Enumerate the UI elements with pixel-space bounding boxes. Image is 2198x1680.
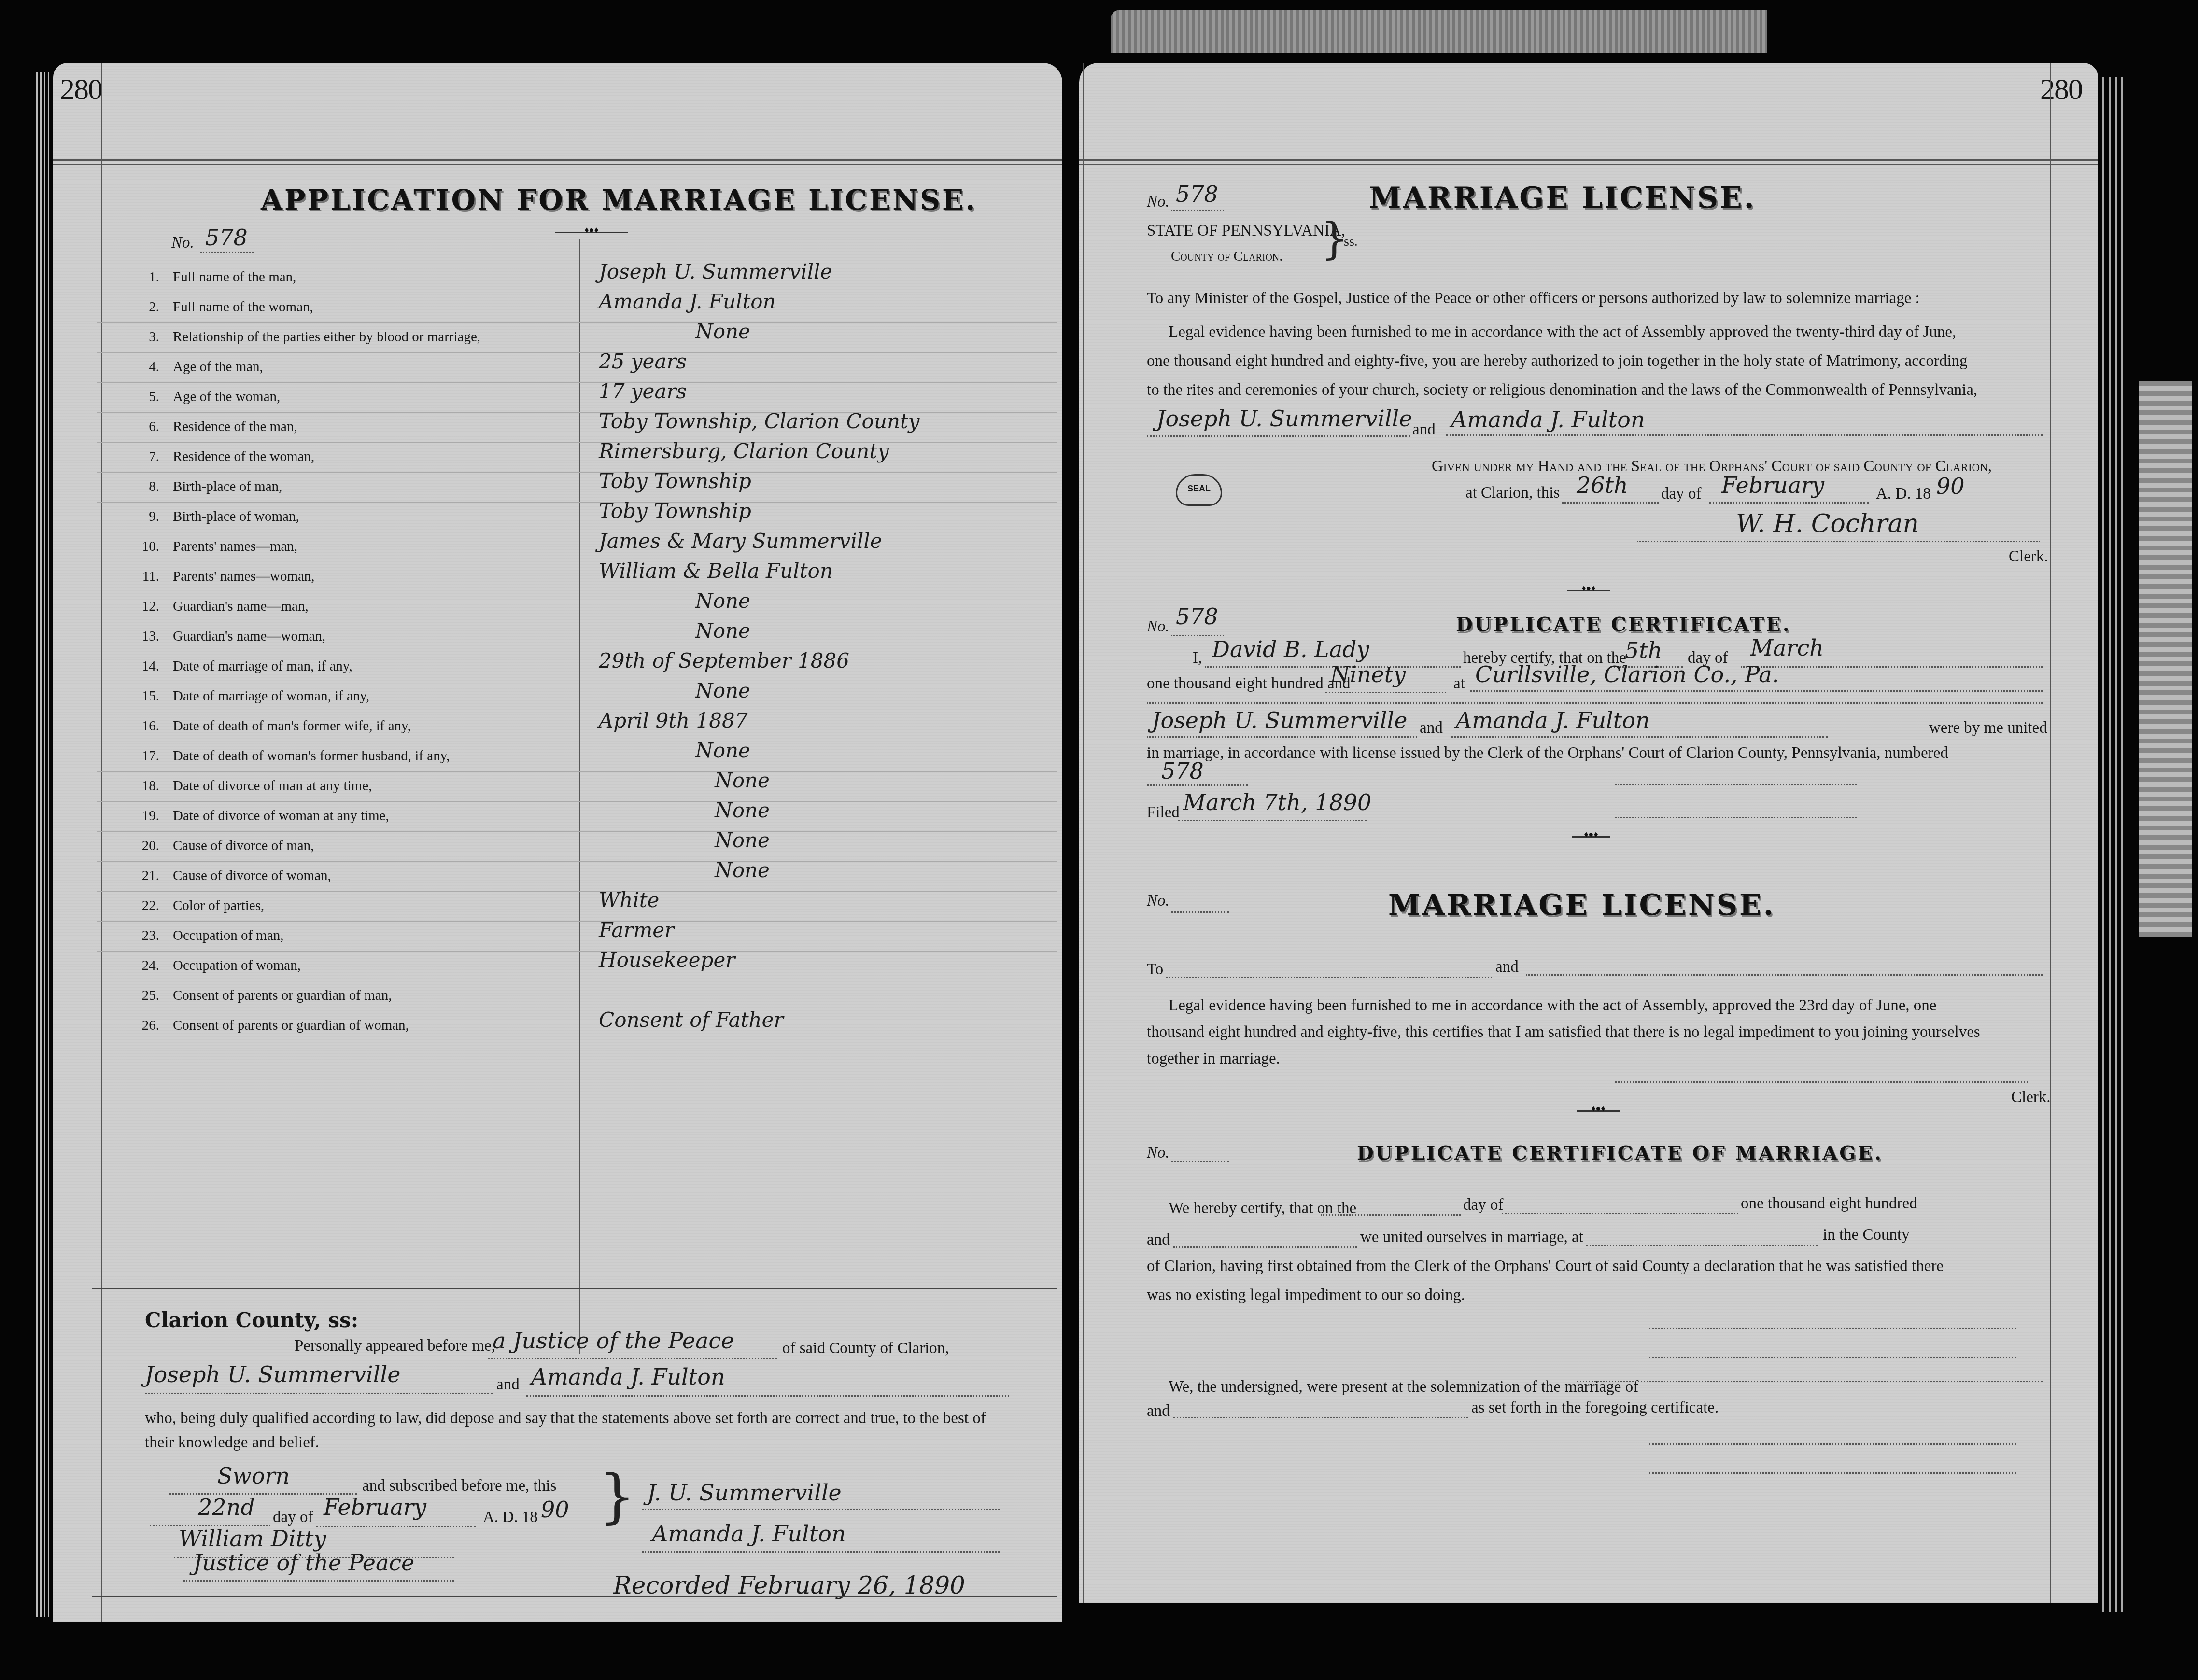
dotted-line (1709, 502, 1869, 504)
ruled-line (97, 1011, 1057, 1011)
affidavit-day: 22nd (198, 1494, 255, 1520)
and-label: and (1420, 719, 1443, 737)
question-answer: 17 years (599, 379, 687, 403)
dotted-line (526, 1395, 1009, 1397)
license-no-label: No. (1147, 193, 1169, 211)
dotted-line (1649, 1472, 2016, 1474)
header-rule (53, 159, 1062, 165)
question-number: 24. (126, 958, 159, 974)
dotted-line (1615, 784, 1857, 785)
dotted-line (1171, 210, 1224, 211)
blank-cert-line2a: and (1147, 1231, 1170, 1249)
subscribed-label: and subscribed before me, this (362, 1477, 556, 1495)
license-year: 90 (1936, 473, 1965, 499)
question-answer: None (695, 320, 750, 343)
dup-title: Duplicate Certificate. (1456, 613, 1791, 636)
question-answer: None (695, 619, 750, 643)
question-row: 15.Date of marriage of woman, if any,Non… (53, 685, 1062, 714)
question-number: 16. (126, 718, 159, 734)
license-title: Marriage License. (1369, 181, 1756, 215)
question-row: 1.Full name of the man,Joseph U. Summerv… (53, 266, 1062, 295)
question-number: 5. (126, 389, 159, 405)
question-label: Consent of parents or guardian of woman, (173, 1018, 409, 1033)
appeared-value: a Justice of the Peace (493, 1328, 734, 1354)
question-row: 6.Residence of the man,Toby Township, Cl… (53, 415, 1062, 445)
question-answer: Toby Township, Clarion County (599, 409, 920, 433)
question-label: Date of death of woman's former husband,… (173, 748, 450, 764)
question-number: 12. (126, 599, 159, 615)
question-row: 3.Relationship of the parties either by … (53, 325, 1062, 355)
question-label: Parents' names—man, (173, 539, 297, 554)
dotted-line (1615, 817, 1857, 818)
question-answer: Joseph U. Summerville (599, 260, 832, 283)
officiant-name: David B. Lady (1212, 636, 1369, 662)
question-number: 26. (126, 1018, 159, 1034)
dup-number: 578 (1176, 603, 1218, 630)
dotted-line (1649, 1328, 2016, 1329)
license-address: To any Minister of the Gospel, Justice o… (1147, 290, 1920, 308)
question-answer: Consent of Father (599, 1008, 784, 1032)
question-answer: None (695, 589, 750, 613)
signature-brace: } (599, 1468, 635, 1526)
question-label: Guardian's name—man, (173, 599, 309, 614)
question-row: 4.Age of the man,25 years (53, 355, 1062, 385)
of-county-label: of said County of Clarion, (782, 1340, 949, 1358)
ruled-line (97, 981, 1057, 981)
ruled-line (97, 442, 1057, 443)
license-day: 26th (1577, 472, 1628, 498)
question-row: 9.Birth-place of woman,Toby Township (53, 505, 1062, 535)
dotted-line (200, 252, 254, 253)
dotted-line (1451, 736, 1828, 738)
question-answer: Amanda J. Fulton (599, 290, 776, 313)
filed-value: March 7th, 1890 (1183, 789, 1371, 815)
question-label: Consent of parents or guardian of man, (173, 988, 392, 1003)
question-answer: None (695, 679, 750, 702)
affidavit-month: February (324, 1494, 426, 1520)
blank-cert-line2c: in the County (1823, 1226, 1910, 1244)
question-row: 7.Residence of the woman,Rimersburg, Cla… (53, 445, 1062, 475)
question-label: Age of the woman, (173, 389, 280, 405)
blank-license-body-2: thousand eight hundred and eighty-five, … (1147, 1023, 1980, 1041)
question-label: Date of divorce of man at any time, (173, 778, 372, 794)
section-rule (92, 1288, 1057, 1289)
application-no-label: No. (171, 234, 194, 252)
blank-license-body-1: Legal evidence having been furnished to … (1169, 997, 1936, 1015)
filed-label: Filed (1147, 804, 1180, 822)
question-answer: Rimersburg, Clarion County (599, 439, 889, 463)
dup-place: Curllsville, Clarion Co., Pa. (1475, 661, 1779, 687)
question-row: 25.Consent of parents or guardian of man… (53, 984, 1062, 1014)
accordance-line: in marriage, in accordance with license … (1147, 744, 1948, 762)
question-answer: None (715, 798, 770, 822)
question-row: 20.Cause of divorce of man,None (53, 834, 1062, 864)
license-body-2: one thousand eight hundred and eighty-fi… (1147, 352, 1968, 370)
question-label: Color of parties, (173, 898, 264, 913)
dotted-line (183, 1580, 454, 1582)
ornament-divider (1577, 1110, 1620, 1112)
clerk-signature: W. H. Cochran (1736, 509, 1919, 538)
dotted-line (642, 1551, 1000, 1553)
day-of-label: day of (1661, 485, 1701, 503)
question-answer: James & Mary Summerville (599, 529, 882, 553)
blank-cert-title: Duplicate Certificate of Marriage. (1357, 1142, 1883, 1164)
question-number: 21. (126, 868, 159, 884)
question-number: 19. (126, 808, 159, 824)
question-number: 3. (126, 329, 159, 345)
license-woman: Amanda J. Fulton (1451, 406, 1645, 433)
ruled-line (97, 322, 1057, 323)
dup-month: March (1750, 635, 1824, 661)
ornament-divider (555, 232, 628, 233)
ruled-line (97, 682, 1057, 682)
ornament-divider (1572, 836, 1610, 838)
dotted-line (1178, 820, 1367, 821)
question-row: 19.Date of divorce of woman at any time,… (53, 804, 1062, 834)
question-answer: 25 years (599, 350, 687, 373)
dotted-line (488, 1358, 777, 1359)
dotted-line (1173, 1246, 1357, 1248)
blank-license-no-label: No. (1147, 892, 1169, 910)
question-label: Occupation of woman, (173, 958, 301, 973)
bottom-rule (92, 1596, 1057, 1597)
ruled-line (97, 891, 1057, 892)
page-number-right: 280 (2040, 72, 2082, 107)
question-label: Date of divorce of woman at any time, (173, 808, 389, 824)
question-number: 23. (126, 928, 159, 944)
question-answer: None (715, 858, 770, 882)
question-number: 22. (126, 898, 159, 914)
blank-license-body-3: together in marriage. (1147, 1050, 1280, 1068)
dotted-line (642, 1509, 1000, 1510)
ruled-line (97, 592, 1057, 592)
license-number: 578 (1176, 181, 1218, 207)
affidavit-woman: Amanda J. Fulton (531, 1364, 725, 1390)
left-page: 280 Application for Marriage License. No… (53, 63, 1062, 1622)
at-label: at (1453, 675, 1465, 693)
ruled-line (97, 1041, 1057, 1041)
license-month: February (1721, 472, 1824, 498)
question-answer: April 9th 1887 (599, 709, 747, 732)
question-label: Cause of divorce of man, (173, 838, 314, 854)
dotted-line (1321, 1214, 1461, 1216)
question-number: 11. (126, 569, 159, 585)
question-answer: 29th of September 1886 (599, 649, 849, 672)
witness-and: and (1147, 1402, 1170, 1420)
dotted-line (1526, 974, 2043, 976)
dup-no-label: No. (1147, 618, 1169, 636)
question-number: 4. (126, 359, 159, 375)
dotted-line (1147, 435, 1410, 437)
question-row: 10.Parents' names—man,James & Mary Summe… (53, 535, 1062, 565)
dotted-line (1147, 702, 2043, 704)
blank-cert-line1b: day of (1463, 1196, 1503, 1214)
ruled-line (97, 622, 1057, 622)
question-label: Occupation of man, (173, 928, 284, 943)
blank-cert-line1c: one thousand eight hundred (1741, 1195, 1917, 1213)
question-answer: Housekeeper (599, 948, 735, 972)
ruled-line (97, 951, 1057, 952)
ruled-line (97, 771, 1057, 772)
dotted-line (1171, 1161, 1229, 1162)
blank-cert-line2b: we united ourselves in marriage, at (1360, 1229, 1583, 1246)
dotted-line (1577, 1381, 2043, 1382)
ruled-line (97, 532, 1057, 532)
question-label: Guardian's name—woman, (173, 629, 325, 644)
question-label: Full name of the woman, (173, 299, 313, 315)
ad-label: A. D. 18 (1876, 485, 1931, 503)
question-row: 17.Date of death of woman's former husba… (53, 744, 1062, 774)
dup-license-number: 578 (1161, 758, 1204, 784)
dotted-line (145, 1393, 493, 1394)
witness-line1: We, the undersigned, were present at the… (1169, 1378, 1638, 1396)
question-row: 12.Guardian's name—man,None (53, 595, 1062, 625)
question-row: 13.Guardian's name—woman,None (53, 625, 1062, 655)
question-row: 24.Occupation of woman,Housekeeper (53, 954, 1062, 984)
ruled-line (97, 712, 1057, 712)
affidavit-heading: Clarion County, ss: (145, 1308, 358, 1332)
page-number-left: 280 (60, 72, 102, 107)
day-of-label: day of (273, 1509, 313, 1526)
statement-line1: who, being duly qualified according to l… (145, 1410, 986, 1428)
ruled-line (97, 801, 1057, 802)
ruled-line (97, 352, 1057, 353)
question-row: 23.Occupation of man,Farmer (53, 924, 1062, 954)
question-label: Birth-place of man, (173, 479, 282, 494)
blank-cert-line4: was no existing legal impediment to our … (1147, 1287, 1465, 1304)
dotted-line (1586, 1245, 1818, 1246)
witness-line2: as set forth in the foregoing certificat… (1471, 1399, 1719, 1417)
question-number: 1. (126, 269, 159, 285)
question-answer: Farmer (599, 918, 674, 942)
question-row: 8.Birth-place of man,Toby Township (53, 475, 1062, 505)
question-number: 9. (126, 509, 159, 525)
dotted-line (1470, 690, 2043, 692)
ruled-line (97, 861, 1057, 862)
margin-line-right (2050, 63, 2051, 1603)
ruled-line (97, 472, 1057, 473)
question-number: 6. (126, 419, 159, 435)
sworn-value: Sworn (217, 1463, 290, 1489)
dotted-line (1649, 1357, 2016, 1358)
book-spine-cloth (1111, 10, 1767, 53)
question-number: 13. (126, 629, 159, 644)
question-number: 10. (126, 539, 159, 555)
question-row: 21.Cause of divorce of woman,None (53, 864, 1062, 894)
clerk-label: Clerk. (2011, 1089, 2051, 1106)
question-number: 15. (126, 688, 159, 704)
question-row: 22.Color of parties,White (53, 894, 1062, 924)
official-title: Justice of the Peace (193, 1550, 414, 1576)
blank-cert-no-label: No. (1147, 1144, 1169, 1162)
dotted-line (1166, 977, 1492, 978)
dup-woman: Amanda J. Fulton (1456, 707, 1650, 733)
dotted-line (1446, 434, 2043, 436)
dotted-line (1147, 736, 1417, 738)
and-label: and (1495, 958, 1519, 976)
question-answer: Toby Township (599, 499, 751, 523)
dotted-line (1325, 692, 1446, 693)
year-label: one thousand eight hundred and (1147, 675, 1351, 693)
question-row: 26.Consent of parents or guardian of wom… (53, 1014, 1062, 1044)
dotted-line (1171, 911, 1229, 913)
question-number: 14. (126, 658, 159, 674)
question-row: 2.Full name of the woman,Amanda J. Fulto… (53, 295, 1062, 325)
united-label: were by me united (1929, 719, 2047, 737)
given-under-label: Given under my Hand and the Seal of the … (1432, 458, 1992, 476)
clerk-label: Clerk. (2009, 548, 2048, 566)
application-number: 578 (205, 224, 248, 251)
question-number: 18. (126, 778, 159, 794)
dup-year: Ninety (1330, 661, 1406, 687)
question-row: 16.Date of death of man's former wife, i… (53, 714, 1062, 744)
question-answer: White (599, 888, 659, 912)
question-row: 18.Date of divorce of man at any time,No… (53, 774, 1062, 804)
question-label: Full name of the man, (173, 269, 296, 285)
question-label: Age of the man, (173, 359, 263, 375)
ruled-line (97, 293, 1057, 293)
license-body-3: to the rites and ceremonies of your chur… (1147, 381, 1977, 399)
blank-cert-line3: of Clarion, having first obtained from t… (1147, 1258, 1944, 1275)
license-man: Joseph U. Summerville (1156, 406, 1412, 432)
ruled-line (97, 562, 1057, 562)
question-label: Date of death of man's former wife, if a… (173, 718, 411, 734)
affidavit-year: 90 (541, 1497, 569, 1523)
ss-label: ss. (1344, 234, 1358, 250)
question-row: 14.Date of marriage of man, if any,29th … (53, 655, 1062, 685)
statement-line2: their knowledge and belief. (145, 1434, 319, 1452)
question-label: Cause of divorce of woman, (173, 868, 331, 883)
header-rule (1079, 159, 2098, 165)
margin-line-left (1083, 63, 1084, 1603)
ad-label: A. D. 18 (483, 1509, 538, 1526)
blank-license-title: Marriage License. (1388, 888, 1775, 922)
question-answer: None (695, 739, 750, 762)
question-row: 11.Parents' names—woman,William & Bella … (53, 565, 1062, 595)
at-clarion-label: at Clarion, this (1465, 484, 1560, 502)
page-edges-right (2098, 77, 2127, 1612)
dotted-line (1649, 1443, 2016, 1445)
signature-man: J. U. Summerville (647, 1480, 842, 1506)
ruled-line (97, 652, 1057, 652)
to-label: To (1147, 961, 1163, 979)
question-label: Residence of the man, (173, 419, 297, 434)
ornament-divider (1567, 590, 1610, 591)
dotted-line (1741, 666, 2043, 668)
question-number: 20. (126, 838, 159, 854)
ruled-line (97, 831, 1057, 832)
question-answer: None (715, 769, 770, 792)
question-answer: Toby Township (599, 469, 751, 493)
ruled-line (97, 742, 1057, 742)
i-label: I, (1193, 649, 1202, 667)
appeared-label: Personally appeared before me, (295, 1337, 495, 1355)
official-name: William Ditty (179, 1526, 326, 1552)
dotted-line (316, 1526, 476, 1527)
question-number: 25. (126, 988, 159, 1004)
application-title: Application for Marriage License. (261, 183, 977, 216)
ruled-line (97, 921, 1057, 922)
question-label: Relationship of the parties either by bl… (173, 329, 480, 345)
dotted-line (1615, 1081, 2028, 1083)
question-label: Birth-place of woman, (173, 509, 299, 524)
ruled-line (97, 382, 1057, 383)
question-label: Parents' names—woman, (173, 569, 315, 584)
state-label: STATE OF PENNSYLVANIA, (1147, 222, 1345, 240)
question-number: 17. (126, 748, 159, 764)
question-label: Residence of the woman, (173, 449, 314, 464)
index-tab (2139, 381, 2192, 937)
affidavit-man: Joseph U. Summerville (145, 1361, 400, 1387)
page-edges-left (34, 72, 52, 1617)
dup-man: Joseph U. Summerville (1152, 707, 1407, 733)
county-label: County of Clarion. (1171, 249, 1283, 265)
question-label: Date of marriage of woman, if any, (173, 688, 369, 704)
ruled-line (97, 502, 1057, 503)
question-answer: None (715, 828, 770, 852)
question-answer: William & Bella Fulton (599, 559, 833, 583)
and-label: and (496, 1376, 520, 1394)
question-label: Date of marriage of man, if any, (173, 658, 352, 674)
dotted-line (1562, 502, 1659, 504)
license-body-1: Legal evidence having been furnished to … (1169, 323, 1956, 341)
question-number: 2. (126, 299, 159, 315)
and-label: and (1412, 421, 1436, 439)
dup-day: 5th (1625, 637, 1662, 663)
question-number: 7. (126, 449, 159, 465)
signature-woman: Amanda J. Fulton (652, 1521, 846, 1547)
seal-icon: SEAL (1176, 474, 1222, 506)
dotted-line (1502, 1213, 1738, 1214)
dotted-line (1173, 1417, 1468, 1418)
question-number: 8. (126, 479, 159, 495)
dotted-line (1147, 784, 1248, 786)
right-page: 280 No. 578 Marriage License. STATE OF P… (1079, 63, 2098, 1603)
dotted-line (1637, 541, 2040, 542)
